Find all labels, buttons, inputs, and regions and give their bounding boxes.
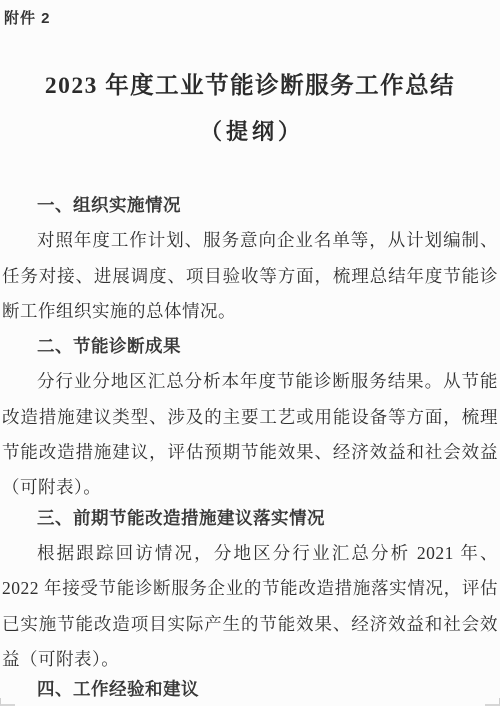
document-subtitle: （提纲） <box>2 115 498 149</box>
section-heading-3: 三、前期节能改造措施建议落实情况 <box>2 501 498 536</box>
section-heading-4: 四、工作经验和建议 <box>2 672 498 706</box>
section-heading-1: 一、组织实施情况 <box>2 188 498 223</box>
section-paragraph-1: 对照年度工作计划、服务意向企业名单等，从计划编制、任务对接、进展调度、项目验收等… <box>2 223 498 329</box>
section-paragraph-2: 分行业分地区汇总分析本年度节能诊断服务结果。从节能改造措施建议类型、涉及的主要工… <box>2 364 498 505</box>
document-title: 2023 年度工业节能诊断服务工作总结 <box>2 69 498 103</box>
section-heading-2: 二、节能诊断成果 <box>2 329 498 364</box>
document-body: 一、组织实施情况 对照年度工作计划、服务意向企业名单等，从计划编制、任务对接、进… <box>2 188 498 706</box>
attachment-label: 附件 2 <box>4 8 498 30</box>
document-page: 附件 2 2023 年度工业节能诊断服务工作总结 （提纲） 一、组织实施情况 对… <box>0 0 500 706</box>
section-paragraph-3: 根据跟踪回访情况，分地区分行业汇总分析 2021 年、2022 年接受节能诊断服… <box>2 536 498 677</box>
